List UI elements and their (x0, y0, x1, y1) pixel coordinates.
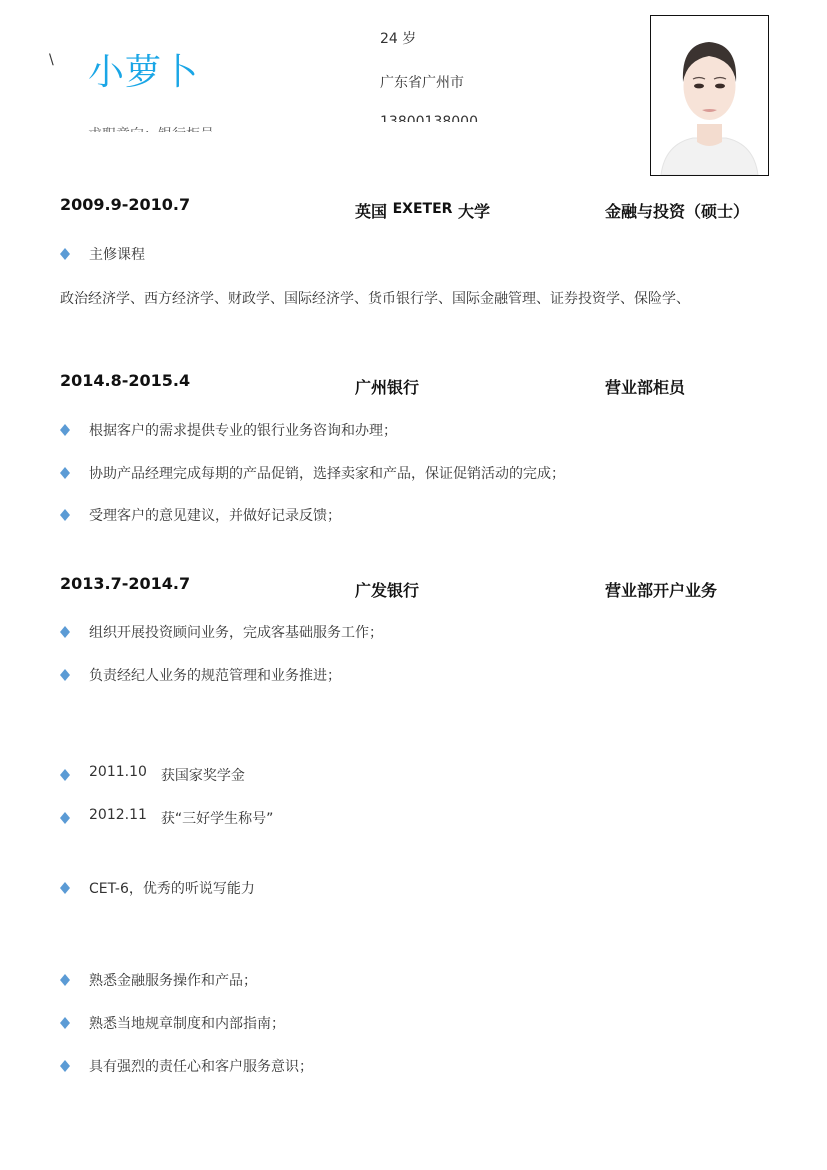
experience-role: 营业部柜员 (605, 375, 685, 398)
diamond-bullet-icon (60, 1017, 70, 1029)
award-item: 2012.11 获“三好学生称号” (60, 808, 273, 828)
self-eval-text: 熟悉金融服务操作和产品； (89, 970, 257, 990)
portrait-photo (650, 15, 769, 176)
diamond-bullet-icon (60, 509, 70, 521)
list-item-text: 协助产品经理完成每期的产品促销，选择卖家和产品，保证促销活动的完成； (89, 463, 565, 483)
school-prefix: 英国 (355, 202, 387, 221)
award-year: 2011.10 (89, 764, 147, 780)
award-text: 获国家奖学金 (161, 765, 245, 785)
diamond-bullet-icon (60, 424, 70, 436)
experience-header: 2013.7-2014.7 广发银行 营业部开户业务 (60, 574, 770, 604)
portrait-icon (651, 16, 768, 175)
diamond-bullet-icon (60, 769, 70, 781)
candidate-name: 小萝卜 (88, 44, 199, 95)
experience-header: 2014.8-2015.4 广州银行 营业部柜员 (60, 371, 770, 401)
self-eval-item: 熟悉当地规章制度和内部指南； (60, 1013, 285, 1033)
school-name: EXETER (393, 201, 453, 217)
self-eval-text: 具有强烈的责任心和客户服务意识； (89, 1056, 313, 1076)
self-eval-item: 具有强烈的责任心和客户服务意识； (60, 1056, 313, 1076)
phone-text: 13800138000 (380, 114, 478, 122)
course-list: 政治经济学、西方经济学、财政学、国际经济学、货币银行学、国际金融管理、证券投资学… (60, 288, 690, 308)
list-item-text: 组织开展投资顾问业务，完成客基础服务工作； (89, 622, 383, 642)
list-item: 主修课程 (60, 244, 145, 264)
list-item: 协助产品经理完成每期的产品促销，选择卖家和产品，保证促销活动的完成； (60, 463, 565, 483)
phone: 13800138000 (380, 112, 478, 122)
clipped-subtitle: 求职意向：银行柜员 (88, 118, 248, 132)
award-text: 获“三好学生称号” (161, 808, 274, 828)
list-item-text: 负责经纪人业务的规范管理和业务推进； (89, 665, 341, 685)
self-eval-item: 熟悉金融服务操作和产品； (60, 970, 257, 990)
city: 广东省广州市 (380, 72, 464, 92)
experience-date: 2013.7-2014.7 (60, 574, 190, 593)
list-item: 负责经纪人业务的规范管理和业务推进； (60, 665, 341, 685)
diamond-bullet-icon (60, 626, 70, 638)
age: 24 岁 (380, 28, 416, 48)
list-item-text: 根据客户的需求提供专业的银行业务咨询和办理； (89, 420, 397, 440)
diamond-bullet-icon (60, 882, 70, 894)
list-item: 组织开展投资顾问业务，完成客基础服务工作； (60, 622, 383, 642)
diamond-bullet-icon (60, 1060, 70, 1072)
skill-text: CET-6，优秀的听说写能力 (89, 878, 255, 898)
diamond-bullet-icon (60, 248, 70, 260)
diamond-bullet-icon (60, 812, 70, 824)
list-item-text: 受理客户的意见建议，并做好记录反馈； (89, 505, 341, 525)
award-item: 2011.10 获国家奖学金 (60, 765, 245, 785)
education-date: 2009.9-2010.7 (60, 195, 190, 214)
award-year: 2012.11 (89, 807, 147, 823)
stray-character: \ (49, 52, 54, 68)
skill-item: CET-6，优秀的听说写能力 (60, 878, 255, 898)
experience-date: 2014.8-2015.4 (60, 371, 190, 390)
self-eval-text: 熟悉当地规章制度和内部指南； (89, 1013, 285, 1033)
diamond-bullet-icon (60, 467, 70, 479)
diamond-bullet-icon (60, 974, 70, 986)
experience-company: 广州银行 (355, 375, 419, 398)
education-major: 金融与投资（硕士） (605, 199, 749, 222)
education-header: 2009.9-2010.7 英国 EXETER 大学 金融与投资（硕士） (60, 195, 770, 225)
diamond-bullet-icon (60, 669, 70, 681)
school-suffix: 大学 (458, 202, 490, 221)
clipped-subtitle-text: 求职意向：银行柜员 (88, 124, 248, 132)
list-item-text: 主修课程 (89, 244, 145, 264)
list-item: 受理客户的意见建议，并做好记录反馈； (60, 505, 341, 525)
experience-role: 营业部开户业务 (605, 578, 717, 601)
list-item: 根据客户的需求提供专业的银行业务咨询和办理； (60, 420, 397, 440)
experience-company: 广发银行 (355, 578, 419, 601)
education-school: 英国 EXETER 大学 (355, 199, 490, 222)
